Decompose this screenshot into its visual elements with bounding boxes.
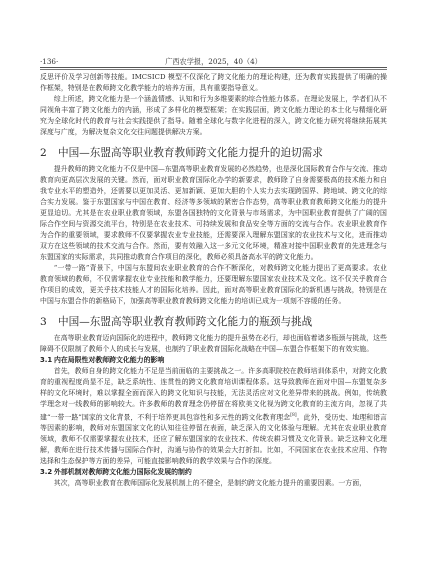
- section-2-title: 中国—东盟高等职业教育教师跨文化能力提升的迫切需求: [58, 147, 323, 159]
- section-2-paragraph-1: 提升教师的跨文化能力不仅是中国—东盟高等职业教育发展的必然趋势，也是深化国际教育…: [40, 164, 387, 263]
- section-2-heading: 2中国—东盟高等职业教育教师跨文化能力提升的迫切需求: [40, 146, 387, 160]
- subsection-3-1-title: 内在局限性对教师跨文化能力的影响: [54, 356, 164, 364]
- header-rule-thick: [40, 67, 387, 68]
- subsection-3-2-number: 3.2: [40, 467, 54, 478]
- article-body: 反思评价及学习创新等技能。IMCSICD 模型不仅深化了跨文化能力的理论构建，还…: [40, 72, 387, 489]
- section-3-number: 3: [40, 315, 58, 329]
- subsection-3-1-number: 3.1: [40, 355, 54, 366]
- paragraph-summary: 综上所述，跨文化能力是一个涵盖情感、认知和行为多维要素的综合性能力体系。在理论发…: [40, 94, 387, 138]
- subsection-3-1-paragraph: 首先，教师自身的跨文化能力不足是当前面临的主要挑战之一。许多高职院校在教师培训体…: [40, 366, 387, 467]
- subsection-3-2-paragraph: 其次，高等职业教育在教师国际化发展机制上的不健全，是制约跨文化能力提升的重要因素…: [40, 478, 387, 489]
- paragraph-continued: 反思评价及学习创新等技能。IMCSICD 模型不仅深化了跨文化能力的理论构建，还…: [40, 72, 387, 94]
- subsection-3-2-heading: 3.2外部机制对教师跨文化能力国际化发展的制约: [40, 467, 387, 478]
- section-3-intro: 在高等职业教育迈向国际化的进程中，教师跨文化能力的提升虽势在必行，却也面临着诸多…: [40, 333, 387, 355]
- section-2-paragraph-2: “一带一路”背景下，中国与东盟间农业职业教育的合作不断深化，对教师跨文化能力提出…: [40, 263, 387, 307]
- section-3-heading: 3中国—东盟高等职业教育教师跨文化能力的瓶颈与挑战: [40, 315, 387, 329]
- subsection-3-2-title: 外部机制对教师跨文化能力国际化发展的制约: [54, 468, 192, 476]
- subsection-3-1-heading: 3.1内在局限性对教师跨文化能力的影响: [40, 355, 387, 366]
- section-2-number: 2: [40, 146, 58, 160]
- header-rule-thin: [40, 69, 387, 70]
- section-3-title: 中国—东盟高等职业教育教师跨文化能力的瓶颈与挑战: [58, 316, 312, 328]
